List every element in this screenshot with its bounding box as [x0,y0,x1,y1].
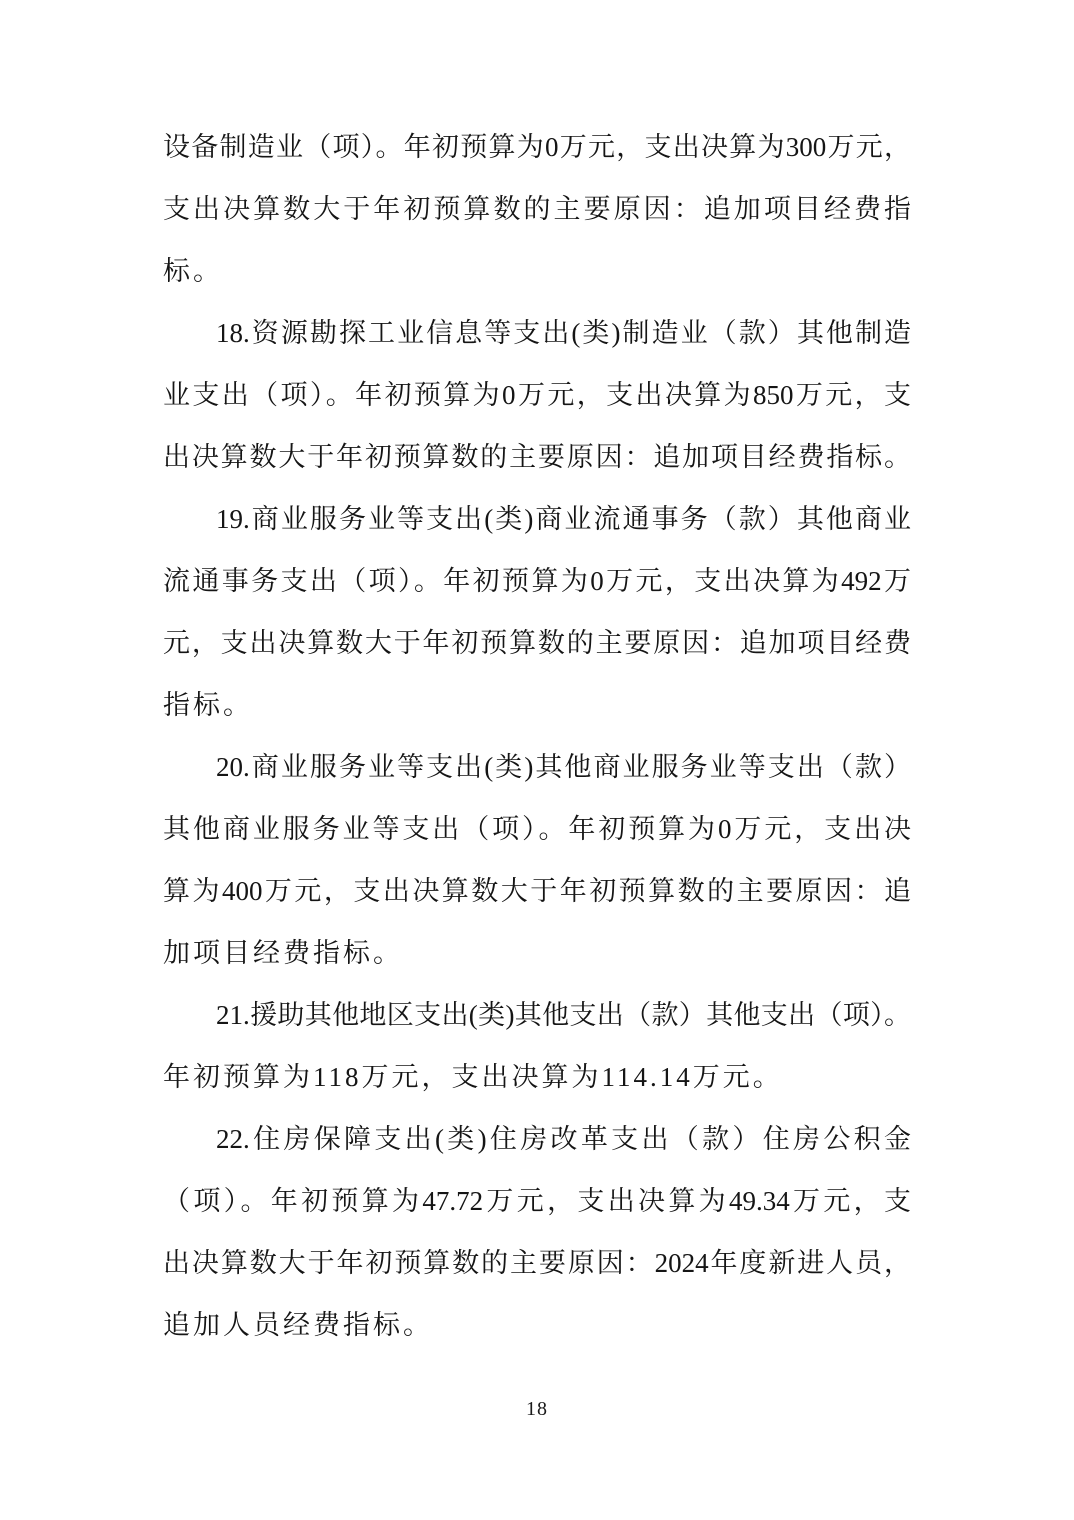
text-line: 加项目经费指标。 [163,922,911,984]
text-line: 18.资源勘探工业信息等支出(类)制造业（款）其他制造 [163,302,911,364]
text-line: 年初预算为118万元，支出决算为114.14万元。 [163,1046,911,1108]
text-line: 元，支出决算数大于年初预算数的主要原因：追加项目经费 [163,612,911,674]
document-body-text: 设备制造业（项）。年初预算为0万元，支出决算为300万元，支出决算数大于年初预算… [163,116,911,1356]
text-line: 流通事务支出（项）。年初预算为0万元，支出决算为492万 [163,550,911,612]
text-line: 算为400万元，支出决算数大于年初预算数的主要原因：追 [163,860,911,922]
text-line: 追加人员经费指标。 [163,1294,911,1356]
text-line: （项）。年初预算为47.72万元，支出决算为49.34万元，支 [163,1170,911,1232]
text-line: 设备制造业（项）。年初预算为0万元，支出决算为300万元， [163,116,911,178]
text-line: 21.援助其他地区支出(类)其他支出（款）其他支出（项）。 [163,984,911,1046]
text-line: 指标。 [163,674,911,736]
text-line: 支出决算数大于年初预算数的主要原因：追加项目经费指 [163,178,911,240]
page-number: 18 [0,1398,1074,1421]
text-line: 业支出（项）。年初预算为0万元，支出决算为850万元，支 [163,364,911,426]
text-line: 其他商业服务业等支出（项）。年初预算为0万元，支出决 [163,798,911,860]
text-line: 20.商业服务业等支出(类)其他商业服务业等支出（款） [163,736,911,798]
text-line: 标。 [163,240,911,302]
text-line: 出决算数大于年初预算数的主要原因：追加项目经费指标。 [163,426,911,488]
text-line: 22.住房保障支出(类)住房改革支出（款）住房公积金 [163,1108,911,1170]
document-page: 设备制造业（项）。年初预算为0万元，支出决算为300万元，支出决算数大于年初预算… [0,0,1074,1520]
text-line: 出决算数大于年初预算数的主要原因：2024年度新进人员， [163,1232,911,1294]
text-line: 19.商业服务业等支出(类)商业流通事务（款）其他商业 [163,488,911,550]
